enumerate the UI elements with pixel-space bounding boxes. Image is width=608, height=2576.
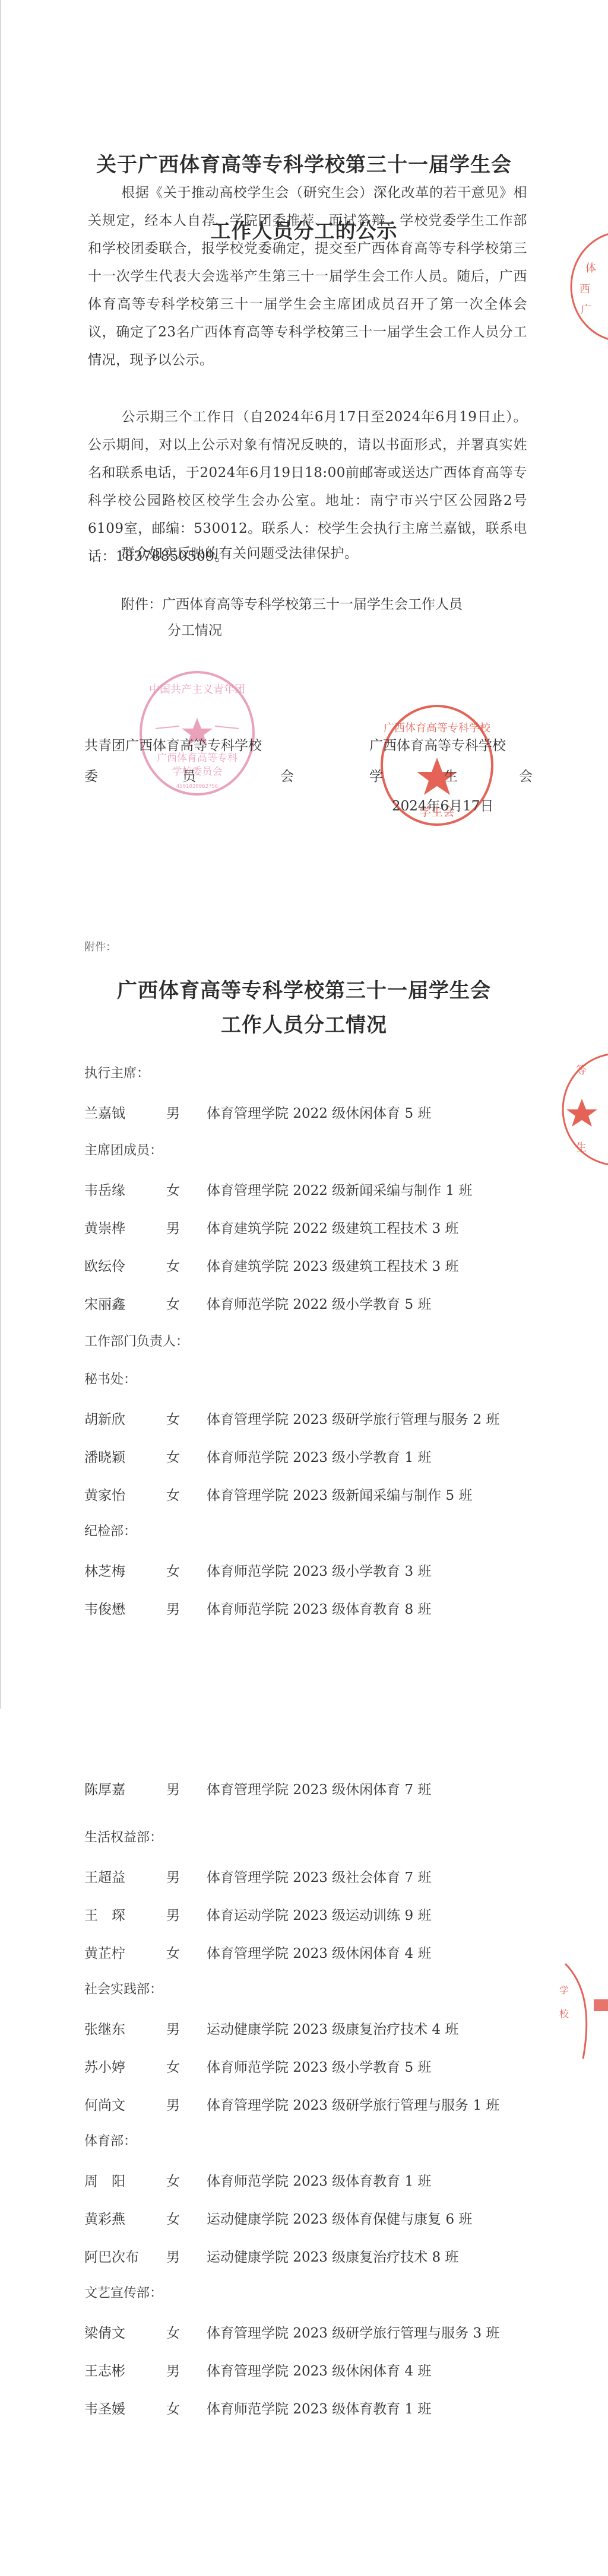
member-gender: 女 [166,1560,207,1580]
signatory-right-name: 广西体育高等专科学校 [369,734,506,754]
member-row: 苏小婷女体育师范学院 2023 级小学教育 5 班 [84,2056,431,2076]
member-class: 体育师范学院 2023 级小学教育 1 班 [207,1446,431,1466]
member-row: 王 琛男体育运动学院 2023 级运动训练 9 班 [84,1904,431,1924]
member-row: 韦圣媛女体育师范学院 2023 级体育教育 1 班 [84,2398,431,2418]
member-gender: 女 [166,1484,207,1504]
svg-text:等: 等 [576,1064,587,1077]
page-edge [0,0,1,854]
member-name: 欧纭伶 [84,1255,166,1275]
svg-text:学: 学 [559,1985,569,1996]
member-gender: 男 [166,1779,207,1798]
member-gender: 男 [166,1102,207,1122]
roster-attachment-label: 附件： [84,939,116,954]
member-row: 张继东男运动健康学院 2023 级康复治疗技术 4 班 [84,2018,458,2038]
member-row: 林芝梅女体育师范学院 2023 级小学教育 3 班 [84,1560,431,1580]
section-label-arts-publicity: 文艺宣传部： [84,2283,163,2301]
member-gender: 女 [166,1408,207,1428]
notice-date: 2024年6月17日 [392,795,493,815]
notice-paragraph-1: 根据《关于推动高校学生会（研究生会）深化改革的若干意见》相关规定，经本人自荐、学… [88,179,527,374]
member-class: 运动健康学院 2023 级康复治疗技术 8 班 [207,2246,458,2266]
member-class: 体育管理学院 2023 级研学旅行管理与服务 1 班 [207,2094,499,2114]
member-row: 王志彬男体育管理学院 2023 级休闲体育 4 班 [84,2360,431,2380]
roster-page-1: 附件： 广西体育高等专科学校第三十一届学生会 工作人员分工情况 执行主席： 兰嘉… [0,854,608,1709]
member-class: 体育师范学院 2023 级体育教育 1 班 [207,2398,431,2418]
member-class: 体育建筑学院 2022 级建筑工程技术 3 班 [207,1217,458,1237]
section-label-social-practice: 社会实践部： [84,1979,163,1998]
section-label-discipline: 纪检部： [84,1521,137,1540]
svg-text:校: 校 [559,2008,569,2020]
member-row: 黄芷柠女体育管理学院 2023 级休闲体育 4 班 [84,1942,431,1962]
section-label-welfare: 生活权益部： [84,1827,163,1846]
member-name: 梁倩文 [84,2322,166,2342]
attachment-title: 广西体育高等专科学校第三十一届学生会工作人员 [162,597,463,612]
partial-seal-right-edge: 等 生 [558,1050,608,1169]
member-gender: 女 [166,1179,207,1199]
member-gender: 女 [166,2322,207,2342]
svg-text:广西体育高等专科: 广西体育高等专科 [157,752,237,764]
member-class: 体育运动学院 2023 级运动训练 9 班 [207,1904,431,1924]
attachment-title-continued: 分工情况 [167,619,222,639]
member-gender: 男 [166,1904,207,1924]
member-row: 欧纭伶女体育建筑学院 2023 级建筑工程技术 3 班 [84,1255,458,1275]
member-row: 阿巴次布男运动健康学院 2023 级康复治疗技术 8 班 [84,2246,458,2266]
member-name: 黄彩燕 [84,2208,166,2228]
member-gender: 男 [166,1217,207,1237]
member-row: 梁倩文女体育管理学院 2023 级研学旅行管理与服务 3 班 [84,2322,499,2342]
member-name: 王超益 [84,1866,166,1886]
member-name: 韦俊懋 [84,1598,166,1618]
attachment-note: 附件：广西体育高等专科学校第三十一届学生会工作人员 [121,593,463,613]
section-label-secretariat: 秘书处： [84,1369,137,1388]
member-name: 兰嘉钺 [84,1102,166,1122]
member-class: 体育师范学院 2023 级体育教育 1 班 [207,2170,431,2190]
sig-char: 会 [280,765,294,785]
member-gender: 女 [166,2398,207,2418]
sig-char: 学 [369,765,383,785]
roster-title-line2: 工作人员分工情况 [0,1009,608,1038]
member-class: 体育师范学院 2023 级小学教育 5 班 [207,2056,431,2076]
member-name: 黄崇桦 [84,1217,166,1237]
member-row: 何尚文男体育管理学院 2023 级研学旅行管理与服务 1 班 [84,2094,499,2114]
signatory-left-org: 委 员 会 [84,765,294,785]
member-class: 体育建筑学院 2023 级建筑工程技术 3 班 [207,1255,458,1275]
member-class: 体育管理学院 2022 级休闲体育 5 班 [207,1102,431,1122]
member-gender: 男 [166,1866,207,1886]
roster-title-line1: 广西体育高等专科学校第三十一届学生会 [0,974,608,1003]
section-label-sports: 体育部： [84,2131,137,2149]
member-class: 运动健康学院 2023 级康复治疗技术 4 班 [207,2018,458,2038]
sig-char: 员 [182,765,196,785]
member-name: 苏小婷 [84,2056,166,2076]
member-gender: 男 [166,2360,207,2380]
signatory-right-org: 学 生 会 [369,765,533,785]
roster-page-2: 陈厚嘉男体育管理学院 2023 级休闲体育 7 班 生活权益部： 王超益男体育管… [0,1709,608,2576]
member-gender: 女 [166,1446,207,1466]
section-label-presidium: 主席团成员： [84,1140,163,1159]
member-row: 韦岳缘女体育管理学院 2022 级新闻采编与制作 1 班 [84,1179,472,1199]
member-row: 宋丽鑫女体育师范学院 2022 级小学教育 5 班 [84,1293,431,1313]
member-class: 体育管理学院 2023 级新闻采编与制作 5 班 [207,1484,472,1504]
notice-title-line1: 关于广西体育高等专科学校第三十一届学生会 [0,148,608,177]
svg-text:生: 生 [576,1141,587,1154]
member-row: 兰嘉钺男体育管理学院 2022 级休闲体育 5 班 [84,1102,431,1122]
member-gender: 女 [166,2208,207,2228]
member-class: 体育管理学院 2023 级休闲体育 7 班 [207,1779,431,1798]
member-name: 张继东 [84,2018,166,2038]
member-row: 胡新欣女体育管理学院 2023 级研学旅行管理与服务 2 班 [84,1408,499,1428]
member-gender: 女 [166,1942,207,1962]
member-class: 体育师范学院 2023 级小学教育 3 班 [207,1560,431,1580]
member-gender: 男 [166,2246,207,2266]
partial-seal-right-edge: 体 西 广 [569,230,608,343]
member-class: 体育师范学院 2023 级体育教育 8 班 [207,1598,431,1618]
partial-seal-right-edge: 学 校 [559,1958,608,2065]
svg-text:中国共产主义青年团: 中国共产主义青年团 [149,683,245,696]
member-gender: 女 [166,2056,207,2076]
signatory-left-name: 共青团广西体育高等专科学校 [84,734,262,754]
member-class: 体育管理学院 2023 级休闲体育 4 班 [207,1942,431,1962]
member-name: 黄芷柠 [84,1942,166,1962]
sig-char: 生 [444,765,458,785]
member-gender: 男 [166,1598,207,1618]
member-row: 周 阳女体育师范学院 2023 级体育教育 1 班 [84,2170,431,2190]
member-row: 潘晓颖女体育师范学院 2023 级小学教育 1 班 [84,1446,431,1466]
notice-page: 关于广西体育高等专科学校第三十一届学生会 工作人员分工的公示 根据《关于推动高校… [0,0,608,854]
member-name: 阿巴次布 [84,2246,166,2266]
member-class: 体育管理学院 2023 级研学旅行管理与服务 3 班 [207,2322,499,2342]
member-name: 林芝梅 [84,1560,166,1580]
svg-text:体: 体 [585,262,596,275]
svg-text:西: 西 [579,283,590,295]
member-row: 黄彩燕女运动健康学院 2023 级体育保健与康复 6 班 [84,2208,472,2228]
sig-char: 委 [84,765,98,785]
attachment-label: 附件： [121,597,162,612]
member-name: 周 阳 [84,2170,166,2190]
member-name: 宋丽鑫 [84,1293,166,1313]
member-name: 胡新欣 [84,1408,166,1428]
member-gender: 男 [166,2018,207,2038]
member-name: 潘晓颖 [84,1446,166,1466]
member-class: 运动健康学院 2023 级体育保健与康复 6 班 [207,2208,472,2228]
member-gender: 女 [166,1255,207,1275]
member-class: 体育管理学院 2023 级研学旅行管理与服务 2 班 [207,1408,499,1428]
member-name: 王志彬 [84,2360,166,2380]
member-row: 陈厚嘉男体育管理学院 2023 级休闲体育 7 班 [84,1779,431,1798]
member-class: 体育管理学院 2022 级新闻采编与制作 1 班 [207,1179,472,1199]
member-row: 黄崇桦男体育建筑学院 2022 级建筑工程技术 3 班 [84,1217,458,1237]
member-name: 韦岳缘 [84,1179,166,1199]
paragraph-text: 根据《关于推动高校学生会（研究生会）深化改革的若干意见》相关规定，经本人自荐、学… [88,185,527,368]
member-gender: 男 [166,2094,207,2114]
member-name: 韦圣媛 [84,2398,166,2418]
section-label-department-heads: 工作部门负责人： [84,1331,189,1350]
member-class: 体育师范学院 2022 级小学教育 5 班 [207,1293,431,1313]
member-row: 黄家怡女体育管理学院 2023 级新闻采编与制作 5 班 [84,1484,472,1504]
sig-char: 会 [519,765,533,785]
member-row: 王超益男体育管理学院 2023 级社会体育 7 班 [84,1866,431,1886]
member-gender: 女 [166,1293,207,1313]
member-name: 黄家怡 [84,1484,166,1504]
member-row: 韦俊懋男体育师范学院 2023 级体育教育 8 班 [84,1598,431,1618]
member-class: 体育管理学院 2023 级社会体育 7 班 [207,1866,431,1886]
svg-text:广西体育高等专科学校: 广西体育高等专科学校 [384,722,491,734]
notice-paragraph-3: 群众如实反映的有关问题受法律保护。 [88,540,527,568]
member-name: 陈厚嘉 [84,1779,166,1798]
section-label-executive-chair: 执行主席： [84,1063,150,1082]
member-name: 何尚文 [84,2094,166,2114]
member-name: 王 琛 [84,1904,166,1924]
svg-text:广: 广 [581,304,591,316]
member-gender: 女 [166,2170,207,2190]
paragraph-text: 群众如实反映的有关问题受法律保护。 [121,546,359,561]
member-class: 体育管理学院 2023 级休闲体育 4 班 [207,2360,431,2380]
